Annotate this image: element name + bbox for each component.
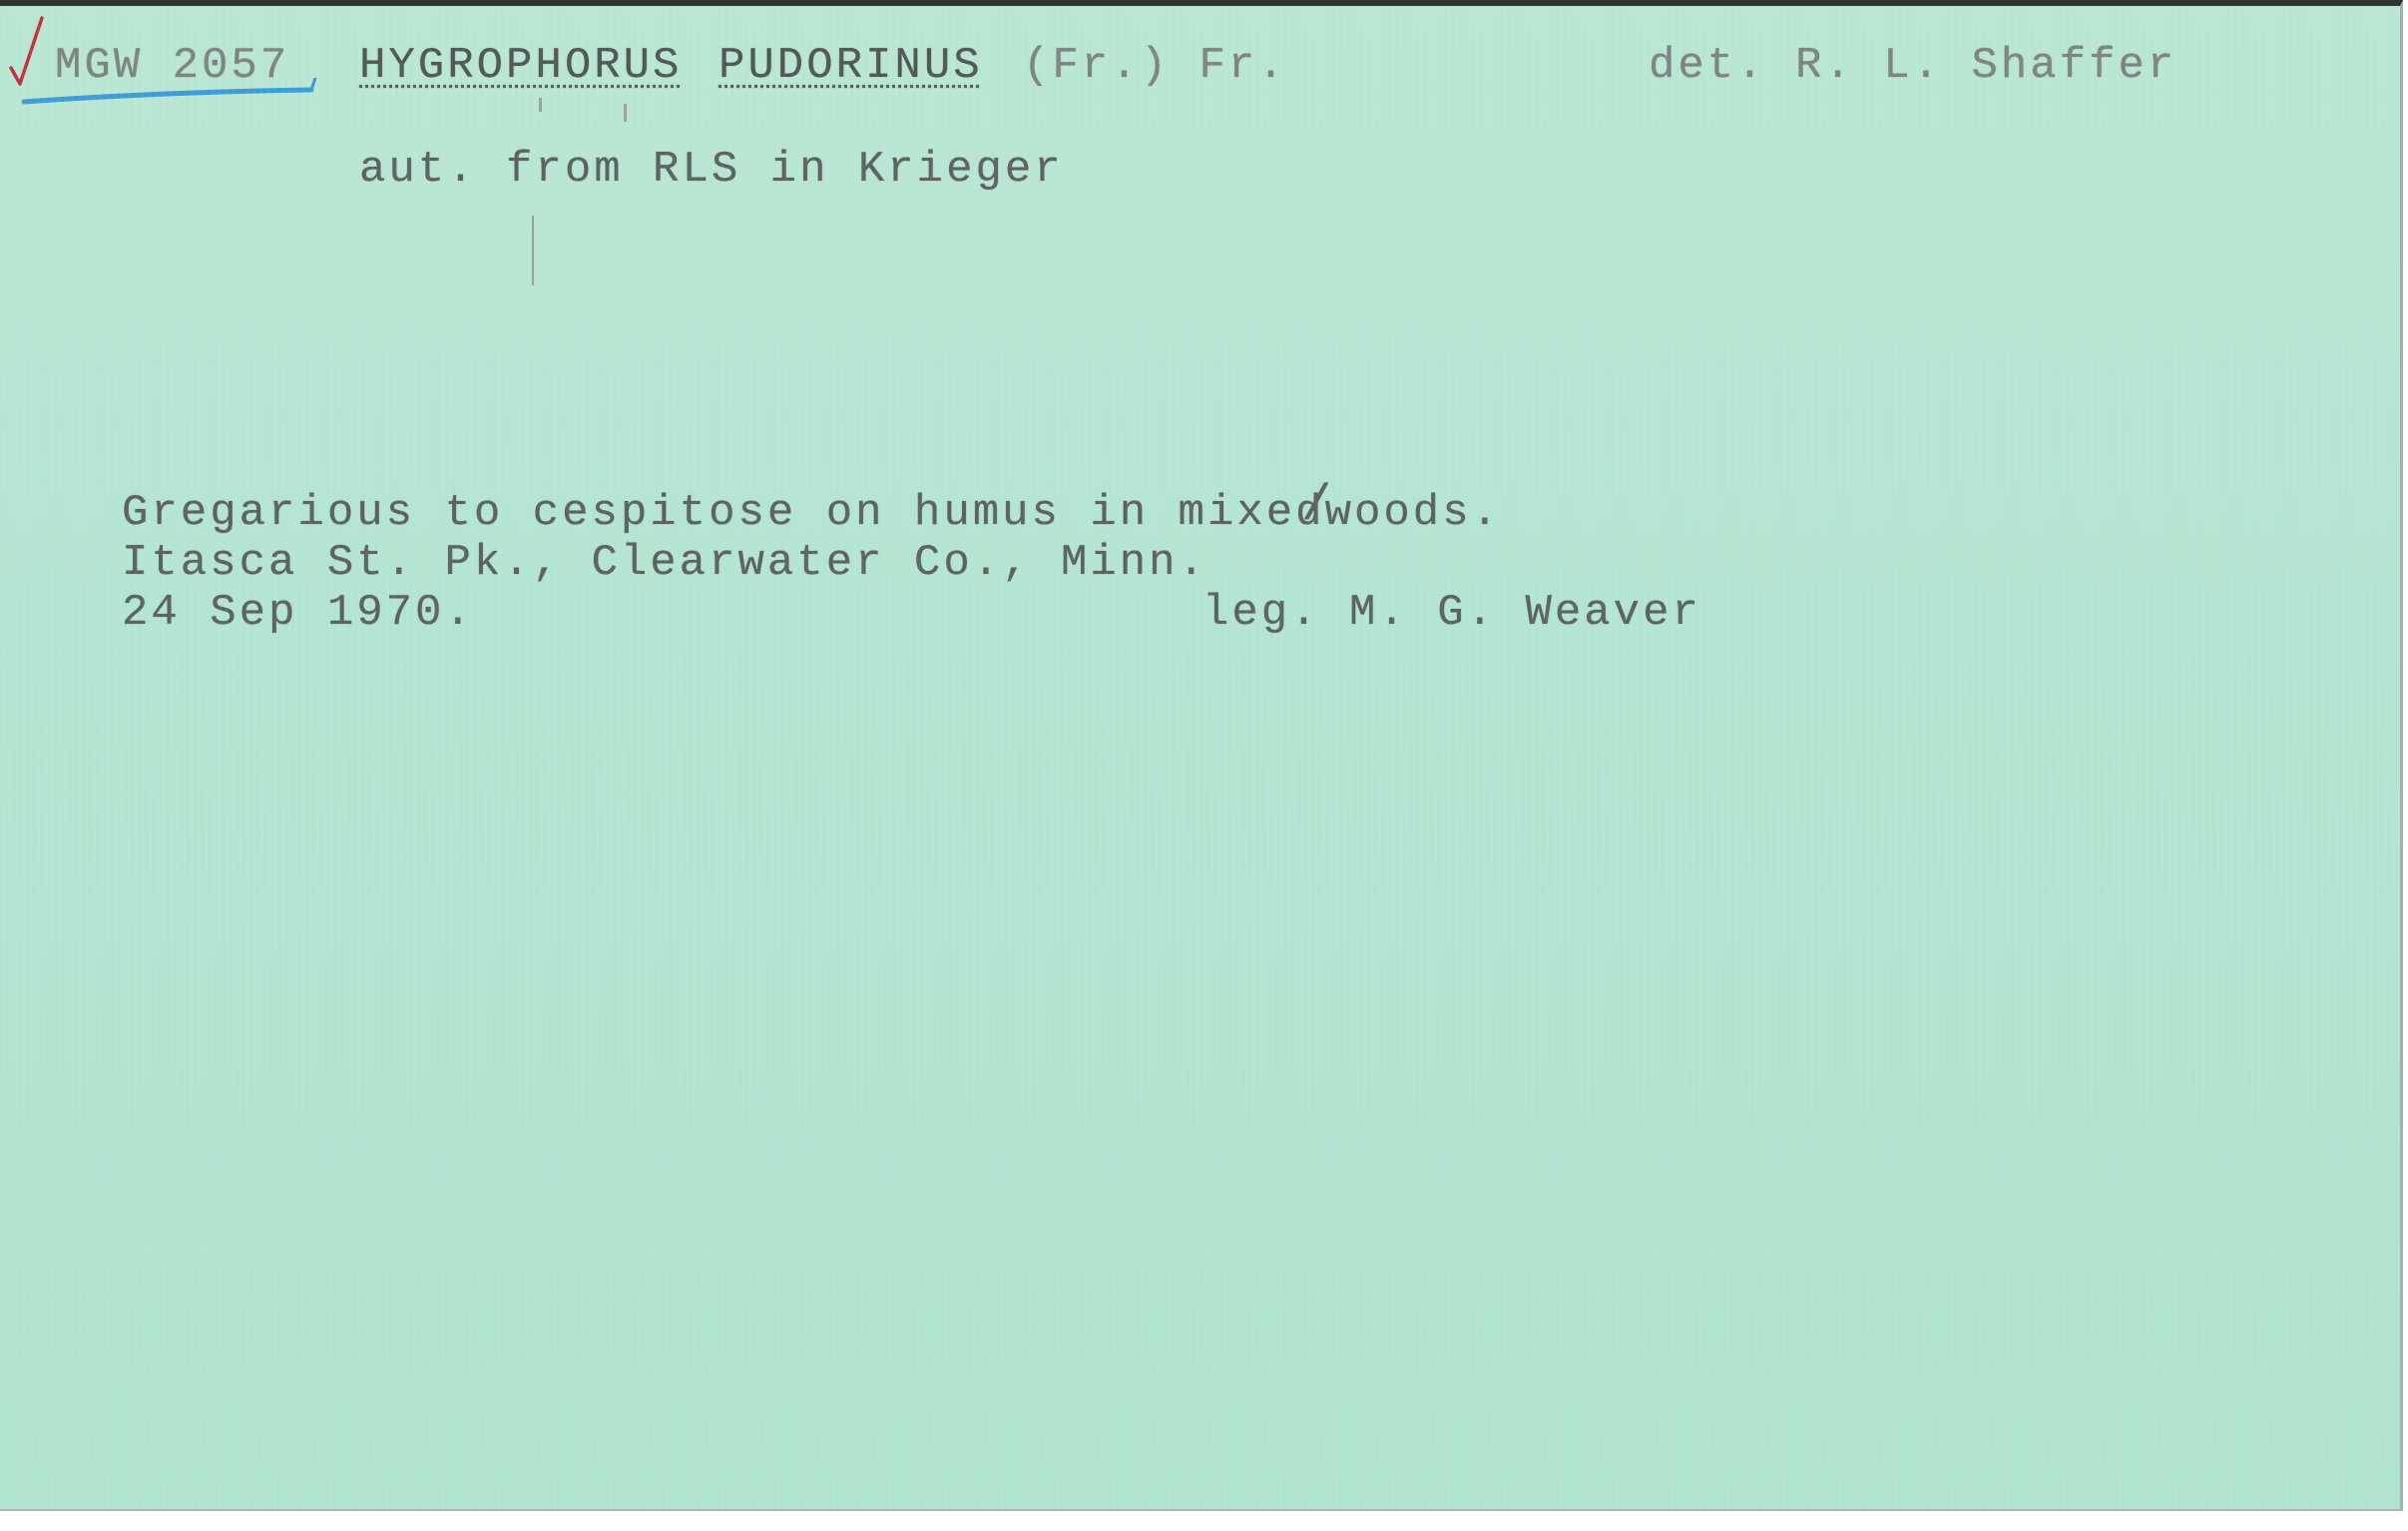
- note-line: aut. from RLS in Krieger: [359, 148, 1064, 192]
- locality-line: Itasca St. Pk., Clearwater Co., Minn.: [122, 541, 1207, 585]
- checkmark-icon: [8, 16, 44, 86]
- collection-date: 24 Sep 1970.: [122, 591, 474, 635]
- stray-mark: [624, 104, 627, 122]
- specimen-label-card: MGW 2057 HYGROPHORUS PUDORINUS (Fr.) Fr.…: [0, 0, 2403, 1511]
- stray-mark: [532, 216, 534, 285]
- strike-mark: /: [1301, 482, 1334, 532]
- habitat-line: Gregarious to cespitose on humus in mixe…: [122, 491, 1501, 535]
- authority: (Fr.) Fr.: [1023, 44, 1287, 88]
- blue-underline-mark-icon: [20, 78, 324, 110]
- struck-letter: d/: [1295, 488, 1324, 538]
- stray-mark: [539, 98, 542, 112]
- species-epithet: PUDORINUS: [719, 44, 983, 88]
- collector: leg. M. G. Weaver: [1203, 591, 1701, 635]
- genus-name: HYGROPHORUS: [359, 44, 682, 88]
- determiner: det. R. L. Shaffer: [1649, 44, 2176, 88]
